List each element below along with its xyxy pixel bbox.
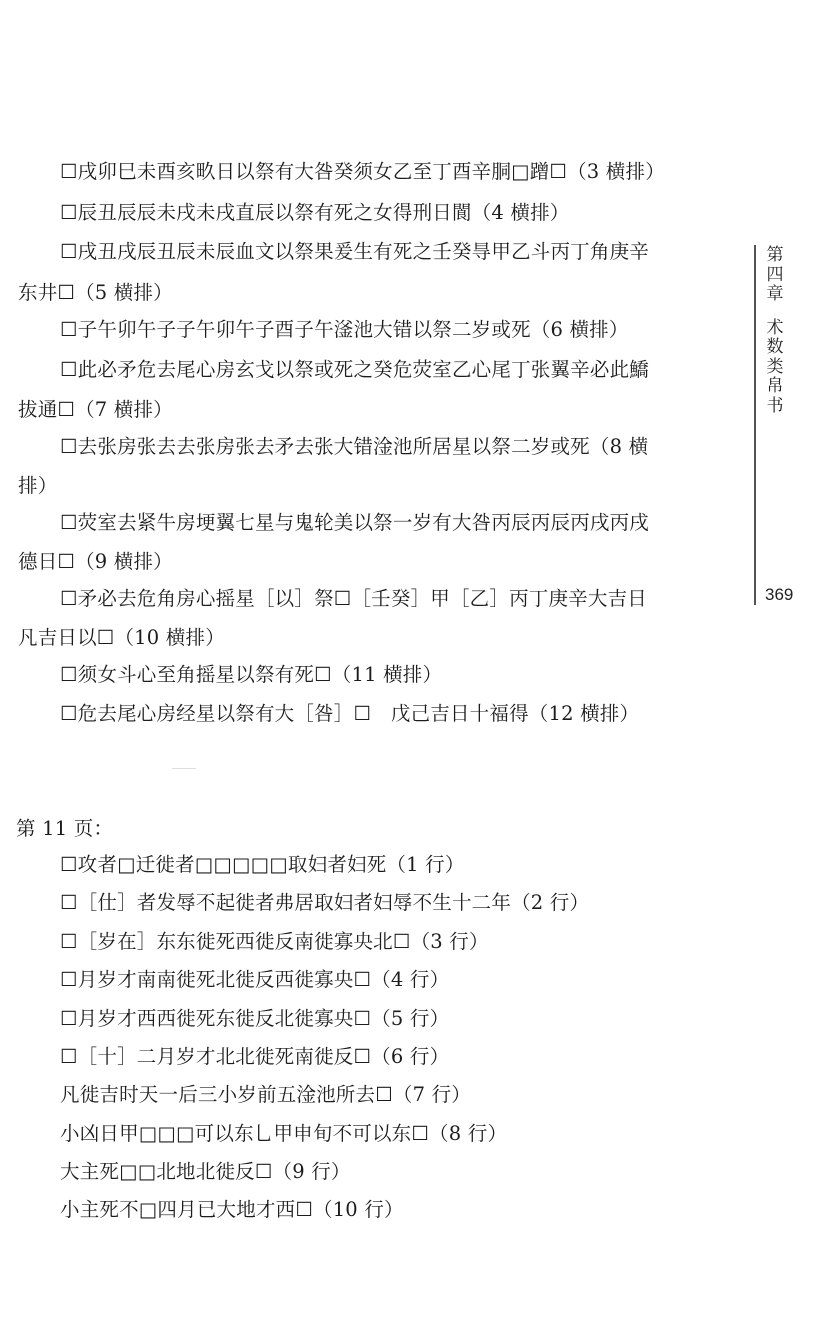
text-line-7: 凡徙吉时天一后三小岁前五淦池所去☐（7 行） xyxy=(60,1081,471,1109)
text-line-2: ☐［仕］者发辱不起徙者弗居取妇者妇辱不生十二年（2 行） xyxy=(60,889,589,917)
text-line-row9b: 德日☐（9 横排） xyxy=(18,548,173,576)
text-line-5: ☐月岁才西西徙死东徙反北徙寡央☐（5 行） xyxy=(60,1005,449,1033)
title-char: 类 xyxy=(764,358,786,378)
margin-rule xyxy=(754,245,756,605)
text-line-6: ☐［十］二月岁才北北徙死南徙反☐（6 行） xyxy=(60,1043,449,1071)
title-char: 数 xyxy=(764,338,786,358)
text-line-row4: ☐辰丑辰辰未戌未戌直辰以祭有死之女得刑日閬（4 横排） xyxy=(60,199,570,227)
text-line-row7a: ☐此必矛危去尾心房玄戈以祭或死之癸危荧室乙心尾丁张翼辛必此鱎 xyxy=(60,356,649,384)
chapter-char: 第 xyxy=(764,246,786,266)
text-line-row8a: ☐去张房张去去张房张去矛去张大错淦池所居星以祭二岁或死（8 横 xyxy=(60,433,648,461)
text-line-row3: ☐戌卯巳未酉亥畂日以祭有大咎癸须女乙至丁酉辛胴□蹭☐（3 横排） xyxy=(60,158,665,186)
title-char: 术 xyxy=(764,319,786,339)
chapter-char: 四 xyxy=(764,266,786,286)
text-line-row10b: 凡吉日以☐（10 横排） xyxy=(18,624,225,652)
scan-artifact xyxy=(172,768,196,769)
text-line-row7b: 拔通☐（7 横排） xyxy=(18,396,173,424)
text-line-row5a: ☐戌丑戌辰丑辰未辰血文以祭果爰生有死之壬癸㝵甲乙斗丙丁角庚辛 xyxy=(60,238,649,266)
text-line-8: 小凶日甲□□□可以东乚甲申旬不可以东☐（8 行） xyxy=(60,1120,507,1148)
section-heading-page-11: 第 11 页： xyxy=(16,815,113,843)
text-line-row12: ☐危去尾心房经星以祭有大［咎］☐ 戊己吉日十福得（12 横排） xyxy=(60,700,639,728)
text-line-1: ☐攻者□迁徙者□□□□□取妇者妇死（1 行） xyxy=(60,851,465,879)
book-page: ☐戌卯巳未酉亥畂日以祭有大咎癸须女乙至丁酉辛胴□蹭☐（3 横排） ☐辰丑辰辰未戌… xyxy=(0,0,816,1336)
page-number: 369 xyxy=(765,585,793,605)
title-char: 帛 xyxy=(764,377,786,397)
title-char: 书 xyxy=(764,397,786,417)
text-line-9: 大主死□□北地北徙反☐（9 行） xyxy=(60,1158,351,1186)
text-line-row8b: 排） xyxy=(18,472,57,500)
chapter-char: 章 xyxy=(764,285,786,305)
text-line-row11: ☐须女斗心至角摇星以祭有死☐（11 横排） xyxy=(60,661,442,689)
text-line-3: ☐［岁在］东东徙死西徙反南徙寡央北☐（3 行） xyxy=(60,928,489,956)
text-line-4: ☐月岁才南南徙死北徙反西徙寡央☐（4 行） xyxy=(60,966,449,994)
text-line-row5b: 东井☐（5 横排） xyxy=(18,279,173,307)
text-line-row6: ☐子午卯午子子午卯午子酉子午滏池大错以祭二岁或死（6 横排） xyxy=(60,316,629,344)
text-line-row9a: ☐荧室去紧牛房埂翼七星与鬼轮美以祭一岁有大咎丙辰丙辰丙戌丙戌 xyxy=(60,509,649,537)
text-line-10: 小主死不□四月已大地才西☐（10 行） xyxy=(60,1196,404,1224)
text-line-row10a: ☐矛必去危角房心摇星［以］祭☐［壬癸］甲［乙］丙丁庚辛大吉日 xyxy=(60,585,647,613)
running-head: 第 四 章 术 数 类 帛 书 xyxy=(764,246,786,416)
